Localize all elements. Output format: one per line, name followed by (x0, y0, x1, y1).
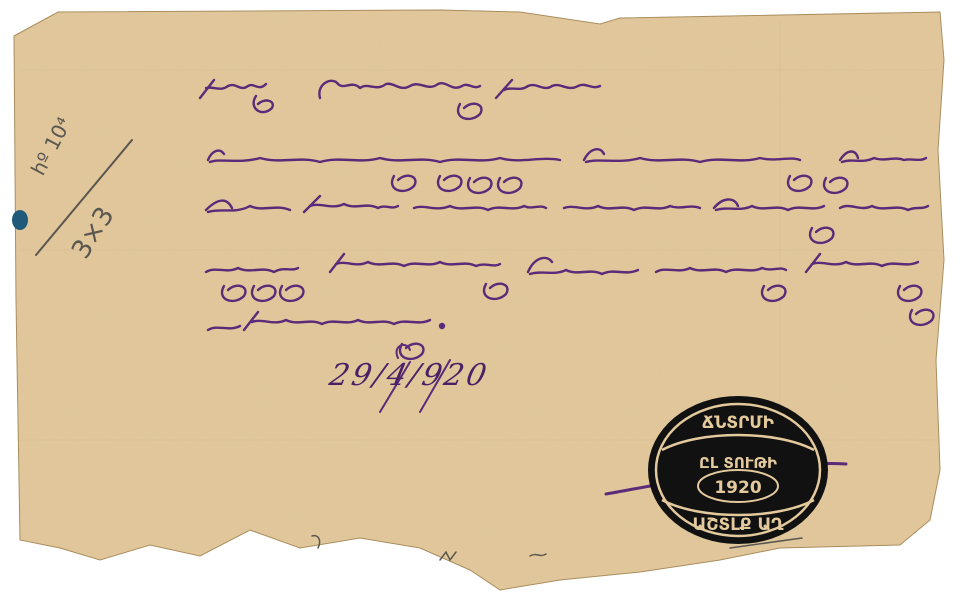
official-stamp: ՃՆՏՐՄԻ ԸԼ ՏՈՒԹԻ 1920 ԱՇՏԼՔ ԱՂ (648, 396, 828, 544)
ink-blot (12, 210, 28, 230)
document-scan: ՃՆՏՐՄԻ ԸԼ ՏՈՒԹԻ 1920 ԱՇՏԼՔ ԱՂ (0, 0, 960, 596)
stamp-middle-text: ԸԼ ՏՈՒԹԻ (699, 454, 777, 472)
stamp-year: 1920 (714, 478, 761, 498)
document-date: 29/4/920 (326, 358, 492, 393)
stamp-bottom-text: ԱՇՏԼՔ ԱՂ (693, 515, 785, 535)
stamp-top-text: ՃՆՏՐՄԻ (702, 413, 774, 433)
